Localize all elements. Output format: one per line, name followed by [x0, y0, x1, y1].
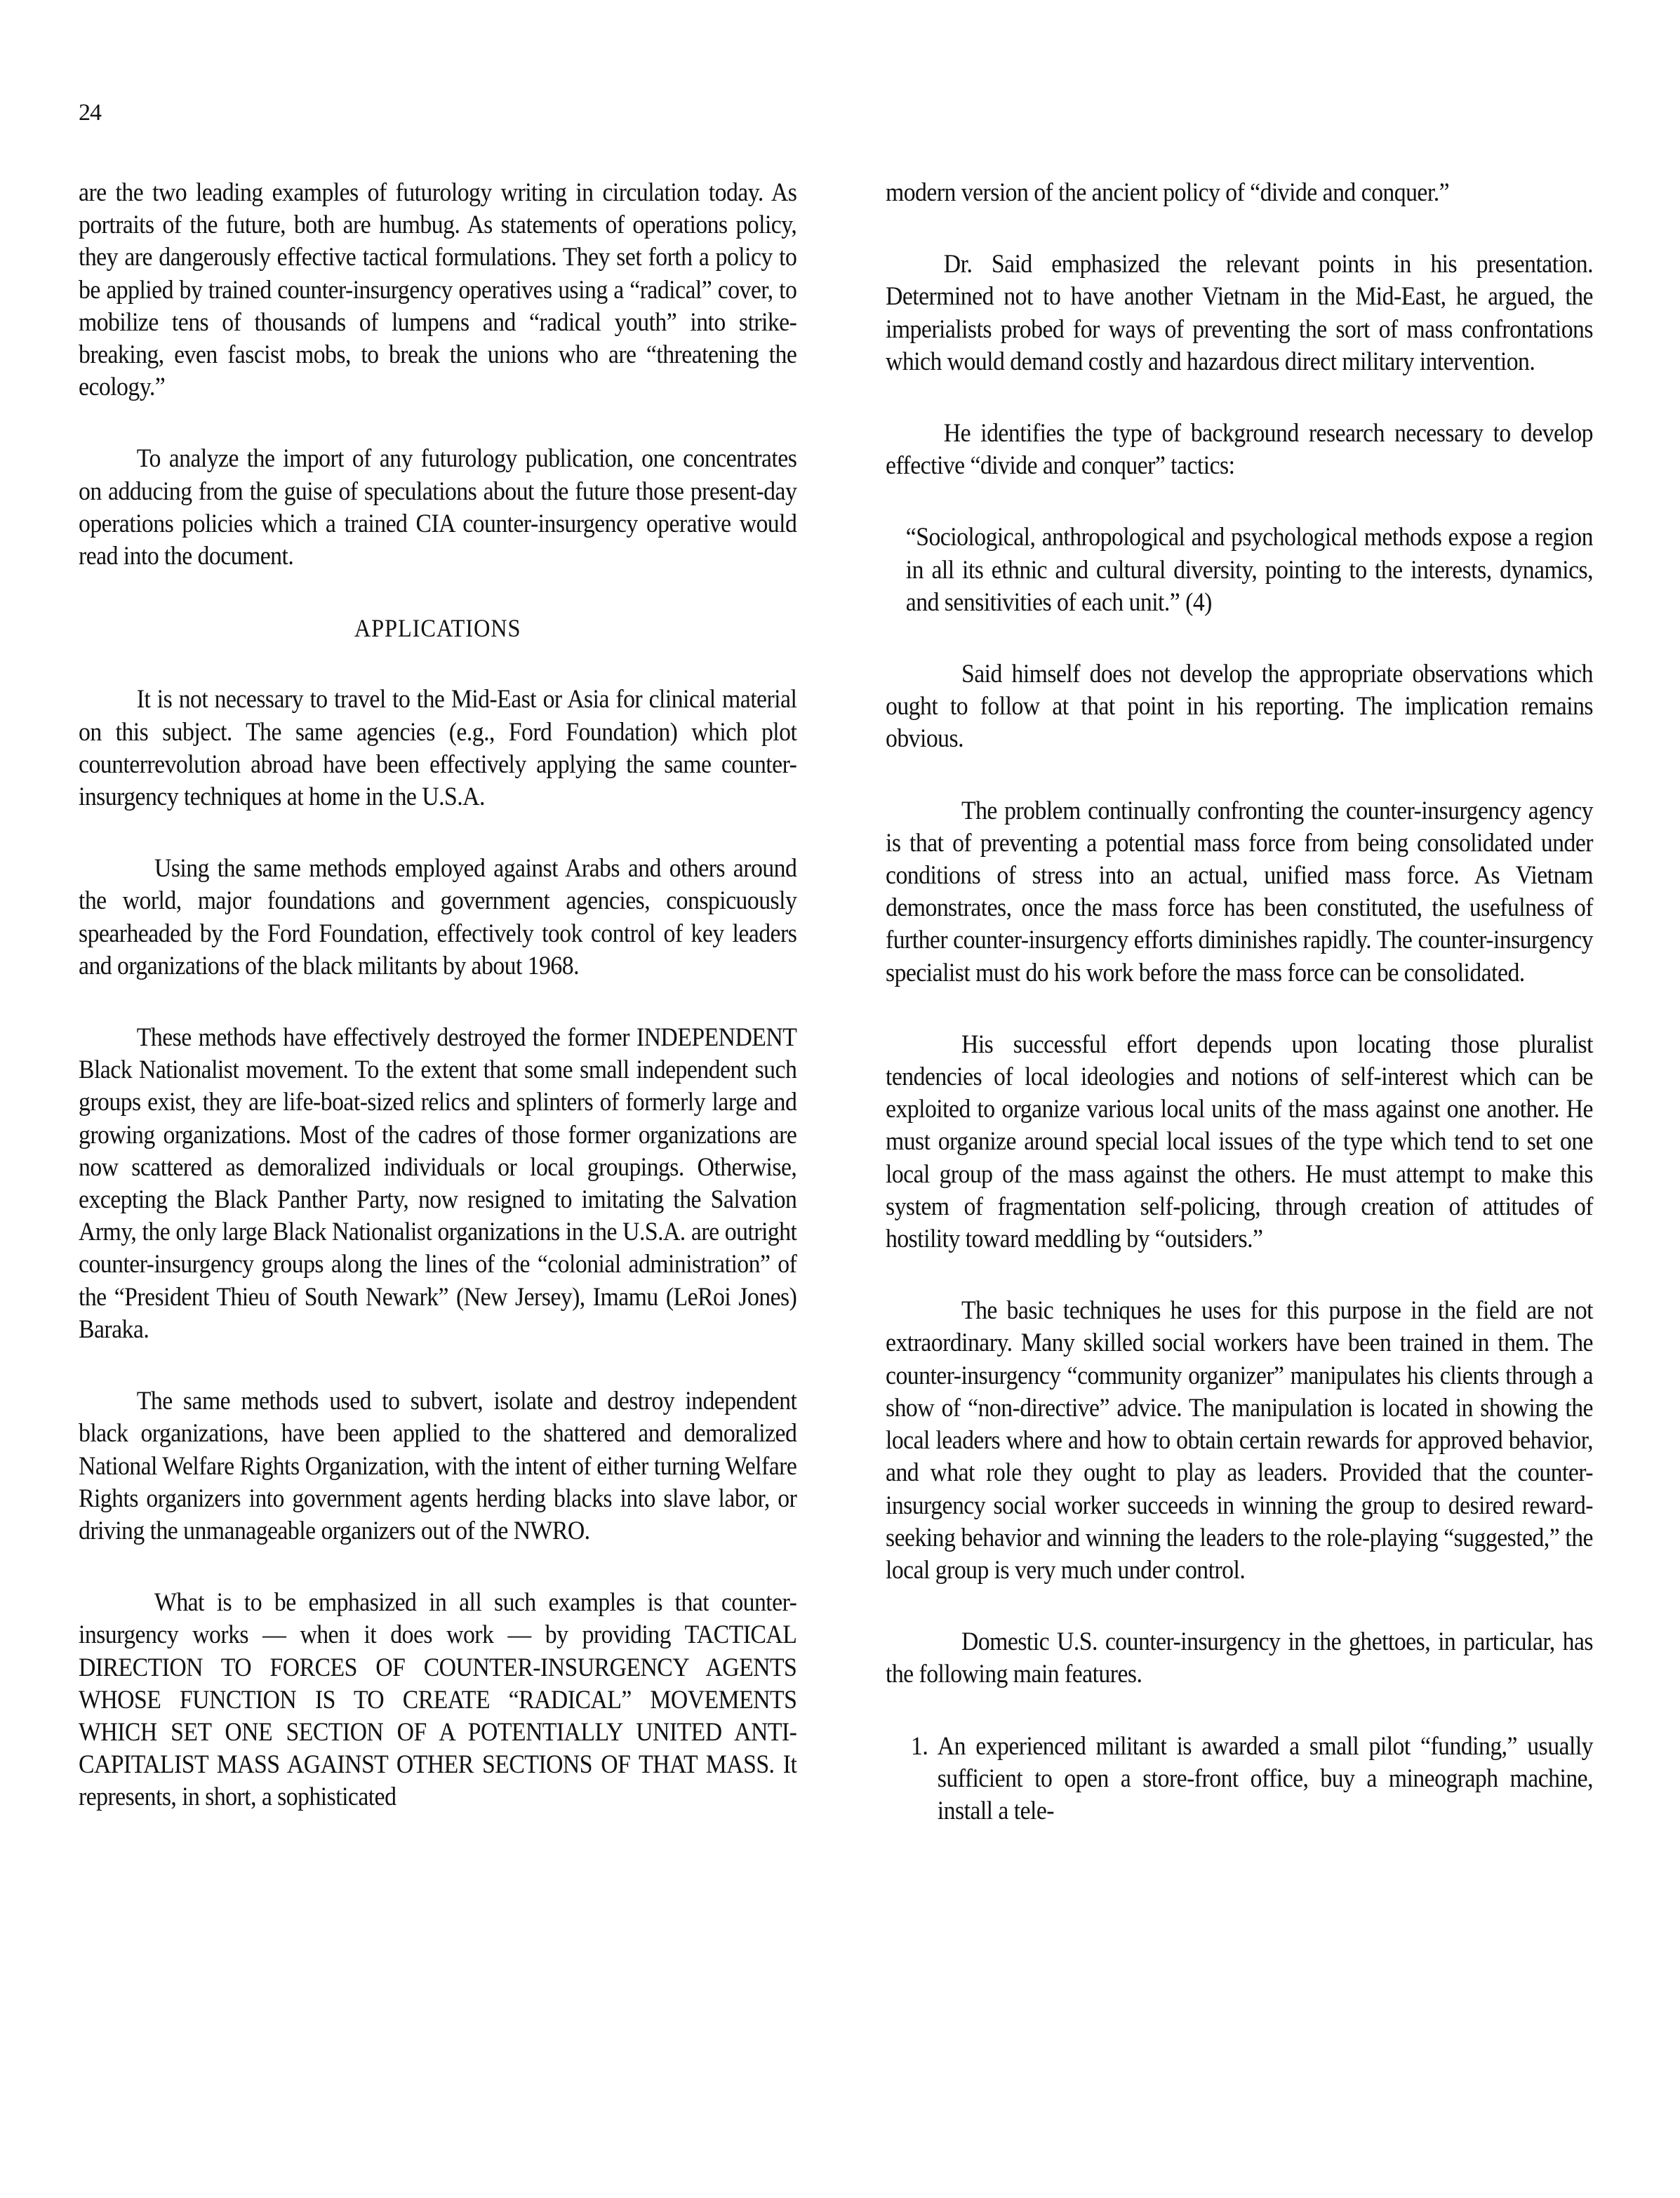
paragraph: These methods have effectively destroyed… — [79, 1022, 796, 1346]
paragraph: He identifies the type of background res… — [886, 418, 1593, 482]
block-quote: “Sociological, anthropological and psych… — [906, 521, 1593, 619]
list-number: 1. — [911, 1731, 938, 1828]
paragraph: Domestic U.S. counter-insurgency in the … — [886, 1626, 1593, 1691]
list-text: An experienced militant is awarded a sma… — [938, 1731, 1593, 1828]
paragraph: Dr. Said emphasized the relevant points … — [886, 248, 1593, 378]
paragraph: What is to be emphasized in all such exa… — [79, 1587, 796, 1813]
left-column: are the two leading examples of futurolo… — [79, 177, 796, 1814]
paragraph: The same methods used to subvert, isolat… — [79, 1385, 796, 1547]
paragraph: To analyze the import of any futurology … — [79, 443, 796, 573]
paragraph: modern version of the ancient policy of … — [886, 177, 1593, 209]
paragraph: The problem continually confronting the … — [886, 795, 1593, 990]
right-column: modern version of the ancient policy of … — [886, 177, 1593, 1827]
paragraph: The basic techniques he uses for this pu… — [886, 1295, 1593, 1587]
section-heading: APPLICATIONS — [79, 612, 796, 644]
page-number: 24 — [79, 100, 101, 126]
paragraph: Using the same methods employed against … — [79, 853, 796, 983]
list-item: 1. An experienced militant is awarded a … — [911, 1731, 1593, 1828]
paragraph: are the two leading examples of futurolo… — [79, 177, 796, 404]
paragraph: Said himself does not develop the approp… — [886, 658, 1593, 756]
paragraph: His successful effort depends upon locat… — [886, 1029, 1593, 1255]
paragraph: It is not necessary to travel to the Mid… — [79, 684, 796, 813]
